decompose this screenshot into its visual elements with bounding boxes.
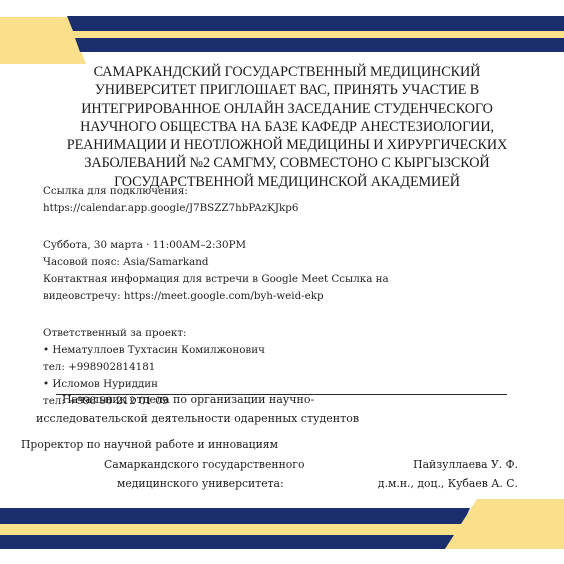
- title-line: университет приглошает вас, принять учас…: [20, 81, 554, 99]
- event-datetime: Суббота, 30 марта · 11:00AM–2:30PM: [43, 237, 513, 254]
- title-line: Самаркандский государственный медицински…: [20, 63, 554, 81]
- bottom-navy-stripe-1: [0, 508, 470, 524]
- event-details: Ссылка для подключения: https://calendar…: [43, 183, 513, 410]
- event-timezone: Часовой пояс: Asia/Samarkand: [43, 254, 513, 271]
- meet-info-line2: видеовстречу: https://meet.google.com/by…: [43, 288, 513, 305]
- prorector-title-cont2: медицинского университета:: [117, 477, 284, 490]
- prorector-title-cont: Самаркандского государственного: [104, 458, 304, 471]
- top-navy-stripe-2: [75, 38, 564, 52]
- meet-link[interactable]: https://meet.google.com/byh-weid-ekp: [124, 290, 324, 302]
- responsible-person-phone: тел: +998902814181: [43, 359, 513, 376]
- title-line: интегрированное онлайн заседание студенч…: [20, 100, 554, 118]
- connection-label: Ссылка для подключения:: [43, 183, 513, 200]
- invitation-title: Самаркандский государственный медицински…: [20, 63, 554, 191]
- title-line: заболеваний №2 СамГМУ, совместоно с Кырг…: [20, 154, 554, 172]
- top-yellow-band: [73, 31, 564, 38]
- bottom-yellow-band: [0, 524, 463, 535]
- bottom-yellow-shape: [445, 499, 564, 549]
- title-line: реанимации и неотложной медицины и хирур…: [20, 136, 554, 154]
- signatory-name-1: Пайзуллаева У. Ф.: [413, 458, 518, 471]
- responsible-person-name: • Нематуллоев Тухтасин Комилжонович: [43, 342, 513, 359]
- responsible-label: Ответственный за проект:: [43, 325, 513, 342]
- title-line: научного общества на базе кафедр анестез…: [20, 118, 554, 136]
- connection-link[interactable]: https://calendar.app.google/J7BSZZ7hbPAz…: [43, 200, 513, 217]
- dept-head-title-cont: исследовательской деятельности одаренных…: [36, 412, 359, 425]
- meet-prefix: видеовстречу:: [43, 290, 124, 302]
- top-navy-stripe-1: [67, 16, 564, 31]
- bottom-navy-stripe-2: [0, 535, 458, 549]
- responsible-person-name: • Исломов Нуриддин: [43, 376, 513, 393]
- meet-info: Контактная информация для встречи в Goog…: [43, 271, 513, 288]
- dept-head-title: Начальник отдела по организации научно-: [62, 393, 314, 406]
- prorector-title: Проректор по научной работе и инновациям: [21, 438, 278, 451]
- signatory-name-2: д.м.н., доц., Кубаев А. С.: [378, 477, 518, 490]
